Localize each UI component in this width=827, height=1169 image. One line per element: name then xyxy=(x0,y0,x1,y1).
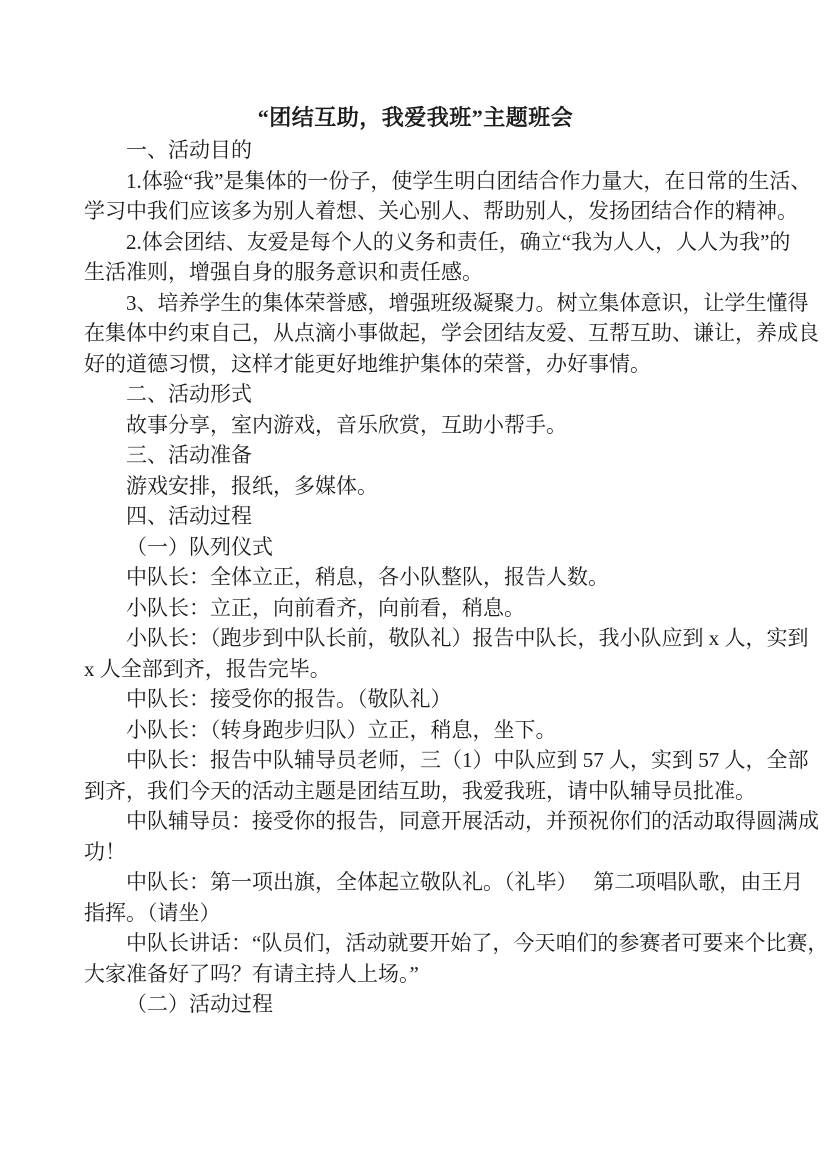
text-line: 中队长：全体立正，稍息，各小队整队，报告人数。 xyxy=(84,562,747,593)
text-line: 中队长：接受你的报告。（敬队礼） xyxy=(84,684,747,715)
text-line: 小队长：（转身跑步归队）立正，稍息，坐下。 xyxy=(84,715,747,746)
text-line: 中队长讲话：“队员们，活动就要开始了，今天咱们的参赛者可要来个比赛， xyxy=(84,928,747,959)
text-line: 功！ xyxy=(84,837,747,868)
document-page: “团结互助，我爱我班”主题班会 一、活动目的 1.体验“我”是集体的一份子，使学… xyxy=(0,0,827,1169)
text-line: 生活准则，增强自身的服务意识和责任感。 xyxy=(84,257,747,288)
text-line: 到齐，我们今天的活动主题是团结互助，我爱我班，请中队辅导员批准。 xyxy=(84,776,747,807)
text-line: 二、活动形式 xyxy=(84,379,747,410)
document-title: “团结互助，我爱我班”主题班会 xyxy=(84,102,747,133)
text-line: 中队长：第一项出旗，全体起立敬队礼。（礼毕） 第二项唱队歌，由王月 xyxy=(84,867,747,898)
text-line: 四、活动过程 xyxy=(84,501,747,532)
text-line: 1.体验“我”是集体的一份子，使学生明白团结合作力量大，在日常的生活、 xyxy=(84,166,747,197)
text-line: （一）队列仪式 xyxy=(84,532,747,563)
text-line: 三、活动准备 xyxy=(84,440,747,471)
text-line: x 人全部到齐，报告完毕。 xyxy=(84,654,747,685)
text-line: 中队长：报告中队辅导员老师，三（1）中队应到 57 人，实到 57 人，全部 xyxy=(84,745,747,776)
text-line: 好的道德习惯，这样才能更好地维护集体的荣誉，办好事情。 xyxy=(84,349,747,380)
text-line: 一、活动目的 xyxy=(84,135,747,166)
text-line: 学习中我们应该多为别人着想、关心别人、帮助别人，发扬团结合作的精神。 xyxy=(84,196,747,227)
text-line: 游戏安排，报纸，多媒体。 xyxy=(84,471,747,502)
text-line: （二）活动过程 xyxy=(84,989,747,1020)
text-line: 指挥。（请坐） xyxy=(84,898,747,929)
text-line: 故事分享，室内游戏，音乐欣赏，互助小帮手。 xyxy=(84,410,747,441)
text-line: 中队辅导员：接受你的报告，同意开展活动，并预祝你们的活动取得圆满成 xyxy=(84,806,747,837)
text-line: 3、培养学生的集体荣誉感，增强班级凝聚力。树立集体意识，让学生懂得 xyxy=(84,288,747,319)
text-line: 2.体会团结、友爱是每个人的义务和责任，确立“我为人人，人人为我”的 xyxy=(84,227,747,258)
document-body: “团结互助，我爱我班”主题班会 一、活动目的 1.体验“我”是集体的一份子，使学… xyxy=(0,0,827,1020)
text-line: 小队长：（跑步到中队长前，敬队礼）报告中队长，我小队应到 x 人，实到 xyxy=(84,623,747,654)
text-line: 小队长：立正，向前看齐，向前看，稍息。 xyxy=(84,593,747,624)
text-line: 在集体中约束自己，从点滴小事做起，学会团结友爱、互帮互助、谦让，养成良 xyxy=(84,318,747,349)
text-line: 大家准备好了吗？有请主持人上场。” xyxy=(84,959,747,990)
